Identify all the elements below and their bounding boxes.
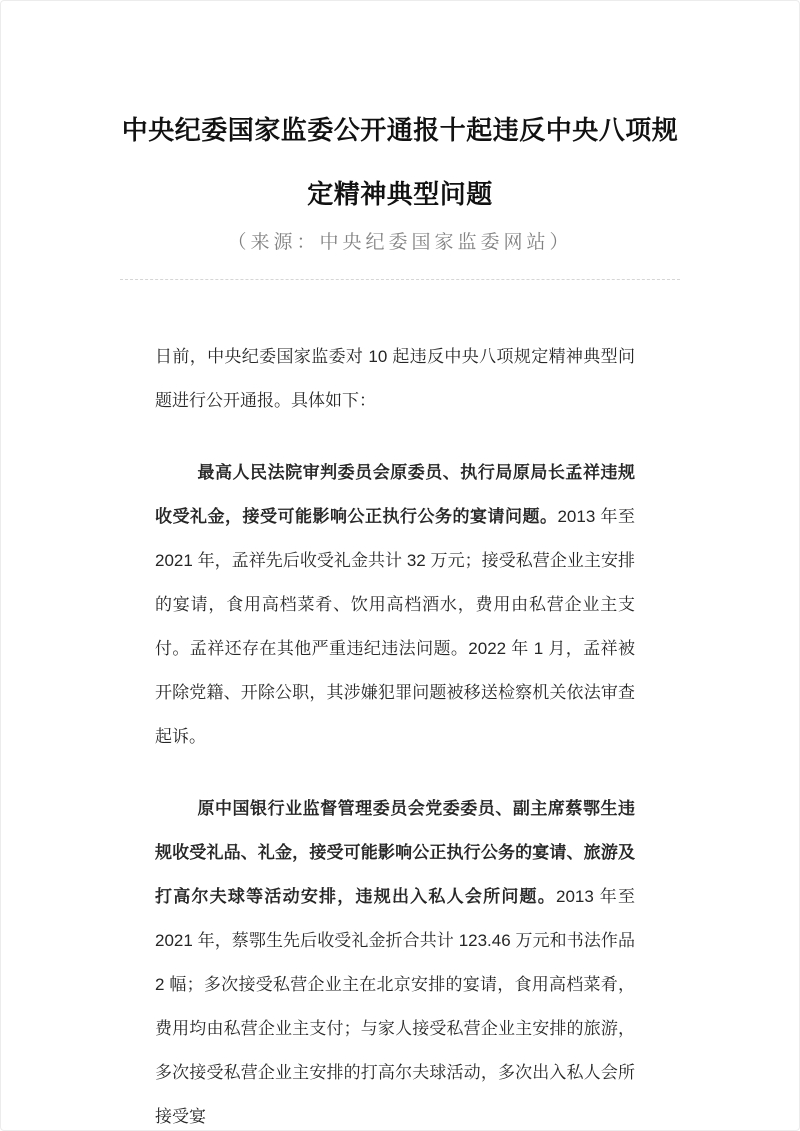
paragraph: 最高人民法院审判委员会原委员、执行局原局长孟祥违规收受礼金，接受可能影响公正执行… <box>155 451 635 759</box>
document-content: 中央纪委国家监委公开通报十起违反中央八项规定精神典型问题 （来源：中央纪委国家监… <box>120 1 680 1131</box>
document-body: 日前，中央纪委国家监委对 10 起违反中央八项规定精神典型问题进行公开通报。具体… <box>155 335 635 1131</box>
section-divider <box>120 279 680 280</box>
paragraph-text: 2013 年至 2021 年，孟祥先后收受礼金共计 32 万元；接受私营企业主安… <box>155 507 635 746</box>
paragraph: 日前，中央纪委国家监委对 10 起违反中央八项规定精神典型问题进行公开通报。具体… <box>155 335 635 423</box>
paragraph: 原中国银行业监督管理委员会党委委员、副主席蔡鄂生违规收受礼品、礼金，接受可能影响… <box>155 787 635 1131</box>
paragraph-text: 2013 年至 2021 年，蔡鄂生先后收受礼金折合共计 123.46 万元和书… <box>155 887 635 1126</box>
paragraph-text: 日前，中央纪委国家监委对 10 起违反中央八项规定精神典型问题进行公开通报。具体… <box>155 347 635 410</box>
document-title: 中央纪委国家监委公开通报十起违反中央八项规定精神典型问题 <box>120 98 680 226</box>
document-page: 中央纪委国家监委公开通报十起违反中央八项规定精神典型问题 （来源：中央纪委国家监… <box>0 0 800 1131</box>
source-line: （来源：中央纪委国家监委网站） <box>120 228 680 256</box>
